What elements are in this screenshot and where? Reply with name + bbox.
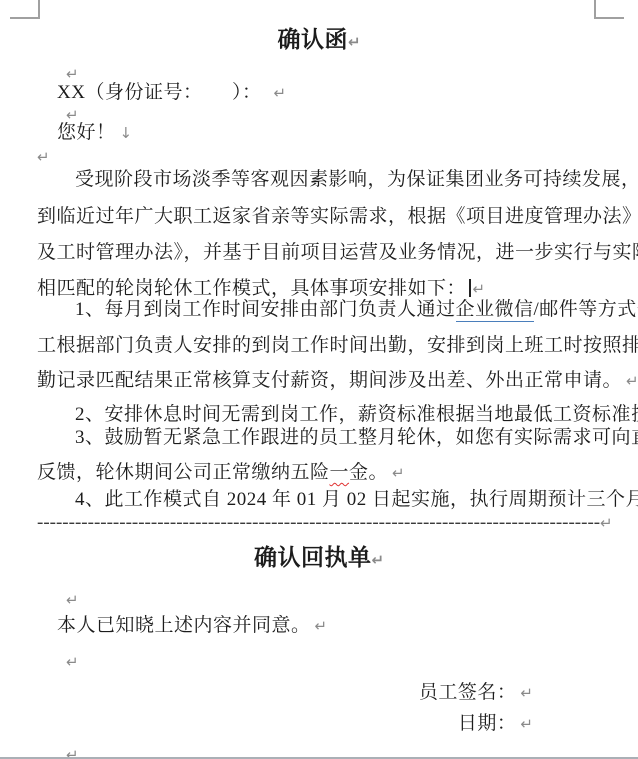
signature-label: 员工签名： [419, 682, 517, 703]
document-title: 确认函↵ [0, 26, 638, 56]
item3-text-1: 3、鼓励暂无紧急工作跟进的员工整月轮休，如您有实际需求可向直属上级 [75, 427, 638, 448]
item4-line: 4、此工作模式自 2024 年 01 月 02 日起实施，执行周期预计三个月。↵ [75, 488, 638, 512]
item3-line-2: 反馈，轮休期间公司正常缴纳五险一金。↵ [37, 461, 405, 485]
crop-mark-top-left-vertical [38, 0, 40, 18]
title-text: 确认函 [277, 27, 348, 52]
item1-text-2: 工根据部门负责人安排的到岗工作时间出勤，安排到岗上班工时按照排班表与考 [37, 335, 638, 356]
intro-text-2: 到临近过年广大职工返家省亲等实际需求，根据《项目进度管理办法》及《考勤 [37, 206, 638, 227]
spellcheck-flagged-text: 一 [330, 462, 350, 483]
paragraph-mark-icon: ↵ [273, 84, 286, 102]
acknowledgement-line: 本人已知晓上述内容并同意。↵ [57, 614, 327, 638]
paragraph-mark-icon: ↵ [600, 511, 613, 535]
dashed-divider: ----------------------------------------… [37, 511, 613, 535]
salutation-line: XX（身份证号： ）：↵ [57, 81, 286, 105]
paragraph-mark-icon: ↵ [348, 33, 361, 51]
date-label: 日期： [458, 713, 517, 734]
empty-line: ↵ [66, 650, 79, 674]
item1-line-2: 工根据部门负责人安排的到岗工作时间出勤，安排到岗上班工时按照排班表与考 [37, 334, 638, 358]
empty-line: ↵ [66, 588, 79, 612]
paragraph-mark-icon: ↵ [37, 148, 50, 166]
document-page[interactable]: 确认函↵ ↵ XX（身份证号： ）：↵ ↵ 您好！↓ ↵ 受现阶段市场淡季等客观… [0, 0, 638, 759]
item2-line: 2、安排休息时间无需到岗工作，薪资标准根据当地最低工资标准执行。↵ [75, 403, 638, 427]
item1-line-3: 勤记录匹配结果正常核算支付薪资，期间涉及出差、外出正常申请。↵ [37, 369, 638, 393]
greeting-text: 您好！ [57, 122, 116, 143]
signature-line: 员工签名：↵ [419, 681, 533, 705]
intro-text-3: 及工时管理办法》，并基于目前项目运营及业务情况，进一步实行与实际工作量 [37, 242, 638, 263]
item1-text-post: /邮件等方式告知，员 [534, 299, 638, 320]
greeting-line: 您好！↓ [57, 121, 132, 145]
paragraph-mark-icon: ↵ [66, 653, 79, 671]
intro-line-2: 到临近过年广大职工返家省亲等实际需求，根据《项目进度管理办法》及《考勤 [37, 205, 638, 229]
crop-mark-top-right-vertical [594, 0, 596, 18]
item1-text-3: 勤记录匹配结果正常核算支付薪资，期间涉及出差、外出正常申请。 [37, 370, 622, 391]
date-line: 日期：↵ [458, 712, 533, 736]
paragraph-mark-icon: ↵ [371, 551, 384, 569]
receipt-heading: 确认回执单↵ [0, 544, 638, 574]
intro-line-3: 及工时管理办法》，并基于目前项目运营及业务情况，进一步实行与实际工作量 [37, 241, 638, 265]
line-break-mark-icon: ↓ [120, 124, 133, 142]
paragraph-mark-icon: ↵ [392, 464, 405, 482]
paragraph-mark-icon: ↵ [626, 372, 638, 390]
intro-line-1: 受现阶段市场淡季等客观因素影响，为保证集团业务可持续发展，同时考虑 [75, 168, 638, 192]
item3-text-post: 金。 [349, 462, 388, 483]
paragraph-mark-icon: ↵ [520, 715, 533, 733]
text-cursor [469, 279, 471, 297]
paragraph-mark-icon: ↵ [66, 591, 79, 609]
wechat-work-link[interactable]: 企业微信 [456, 299, 534, 322]
item3-text-pre: 反馈，轮休期间公司正常缴纳五险 [37, 462, 330, 483]
crop-mark-top-right-horizontal [594, 17, 624, 19]
crop-mark-top-left-horizontal [10, 17, 40, 19]
item1-text-pre: 1、每月到岗工作时间安排由部门负责人通过 [75, 299, 456, 320]
acknowledgement-text: 本人已知晓上述内容并同意。 [57, 615, 311, 636]
salutation-text: XX（身份证号： ）： [57, 82, 261, 103]
empty-line: ↵ [37, 145, 50, 169]
item3-line-1: 3、鼓励暂无紧急工作跟进的员工整月轮休，如您有实际需求可向直属上级 [75, 426, 638, 450]
item4-text: 4、此工作模式自 2024 年 01 月 02 日起实施，执行周期预计三个月。 [75, 489, 638, 510]
receipt-heading-text: 确认回执单 [254, 545, 372, 570]
item1-line-1: 1、每月到岗工作时间安排由部门负责人通过企业微信/邮件等方式告知，员 [75, 298, 638, 322]
item2-text: 2、安排休息时间无需到岗工作，薪资标准根据当地最低工资标准执行。 [75, 404, 638, 425]
intro-text-1: 受现阶段市场淡季等客观因素影响，为保证集团业务可持续发展，同时考虑 [75, 169, 638, 190]
paragraph-mark-icon: ↵ [315, 617, 328, 635]
intro-text-4: 相匹配的轮岗轮休工作模式，具体事项安排如下： [37, 278, 466, 299]
paragraph-mark-icon: ↵ [473, 280, 486, 298]
paragraph-mark-icon: ↵ [520, 684, 533, 702]
divider-dashes: ----------------------------------------… [37, 513, 600, 533]
